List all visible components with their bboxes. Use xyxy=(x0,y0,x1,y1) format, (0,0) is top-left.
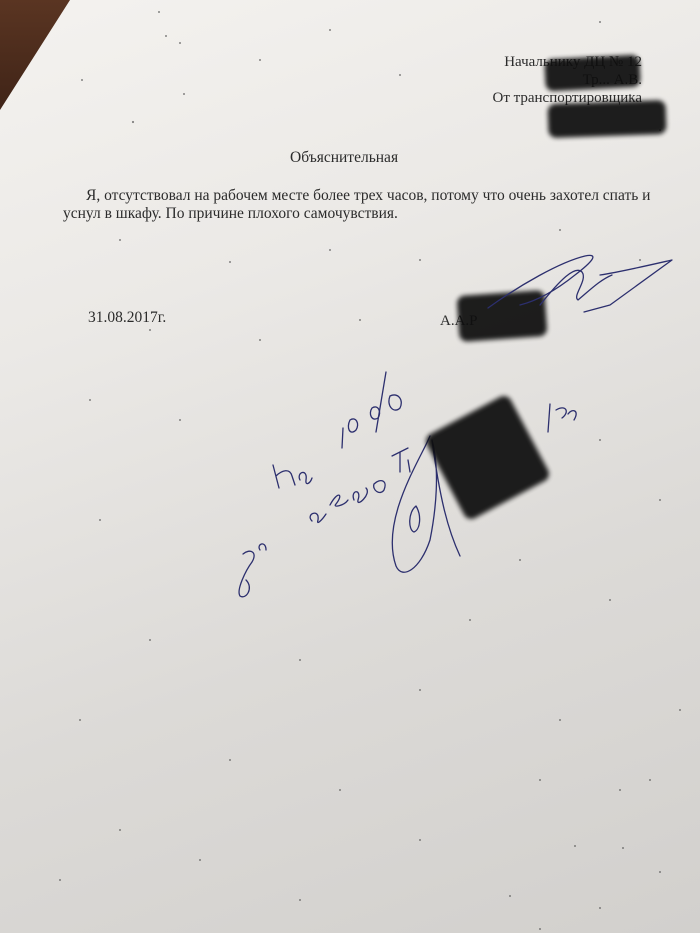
author-signature-icon xyxy=(488,255,672,312)
handwritten-ink xyxy=(0,0,700,933)
